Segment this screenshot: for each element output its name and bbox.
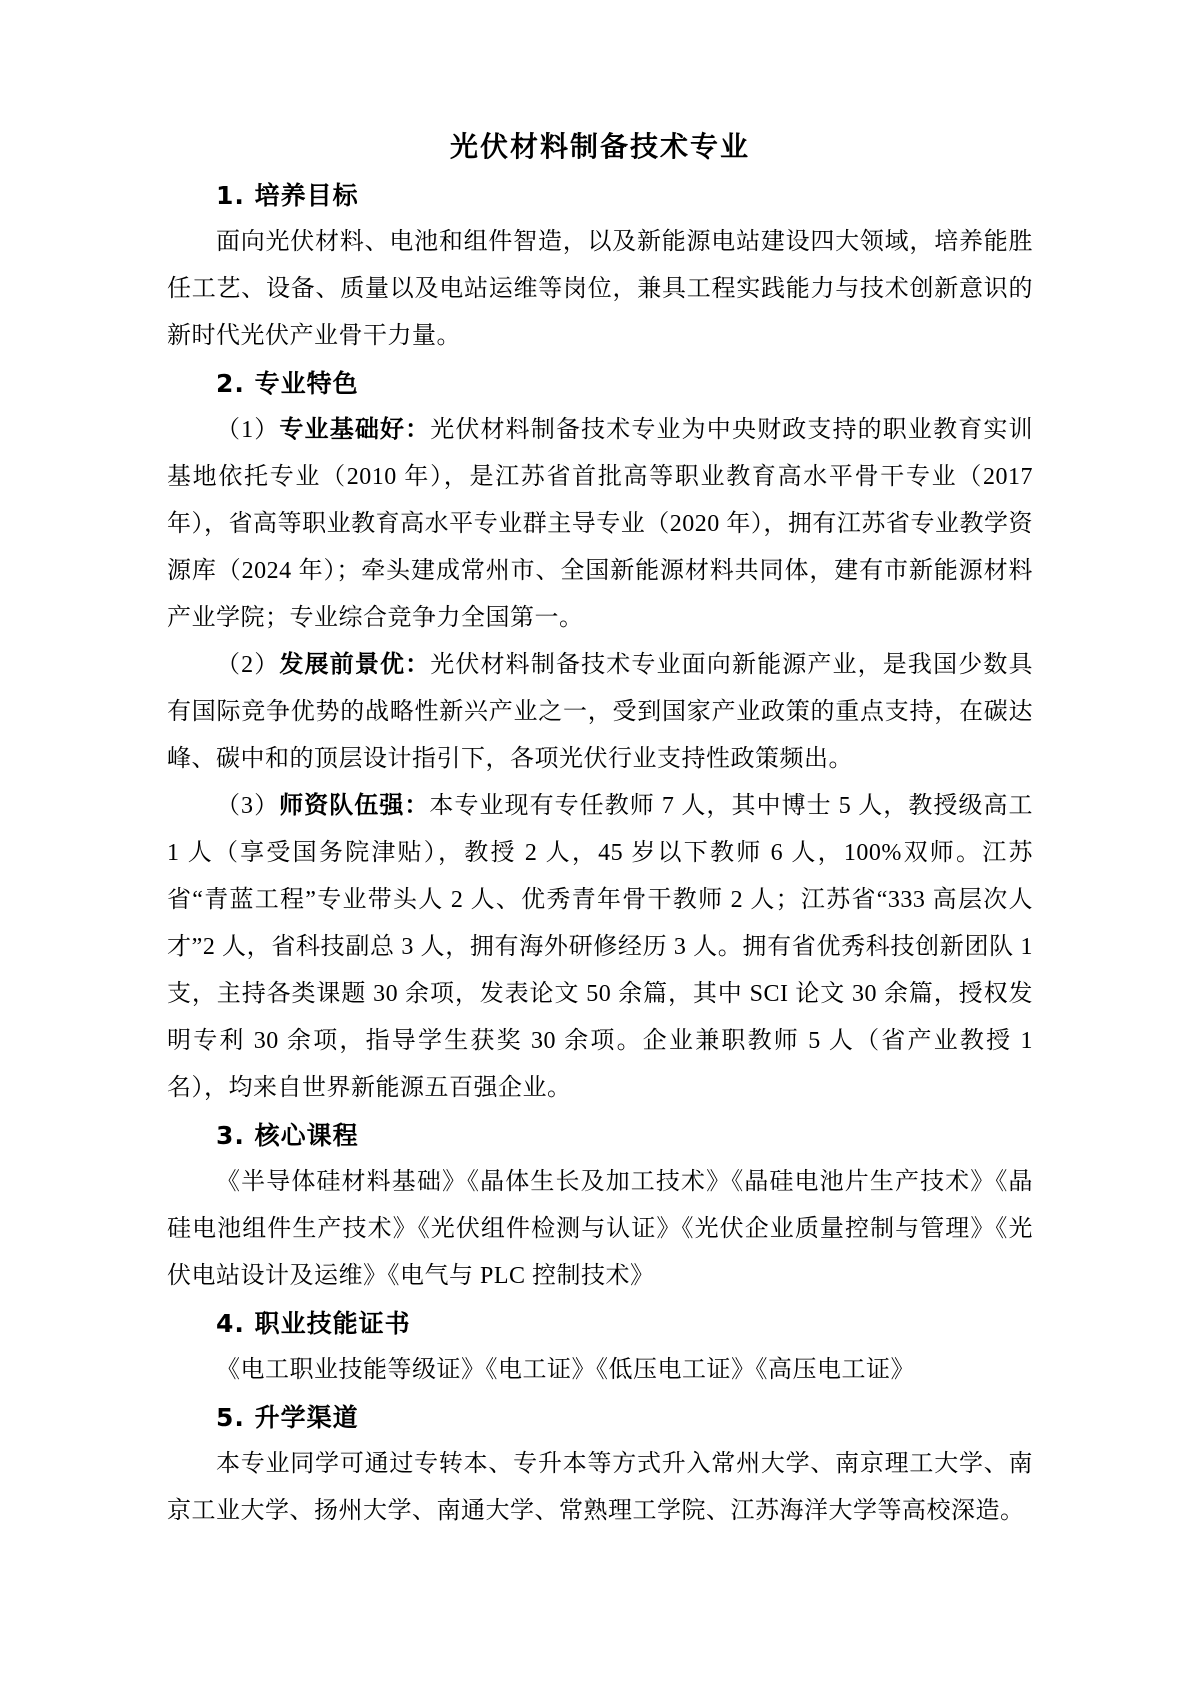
feature-item-3: （3）师资队伍强：本专业现有专任教师 7 人，其中博士 5 人，教授级高工 1 …	[167, 783, 1033, 1112]
feature-item-2-number: （2）	[216, 652, 279, 678]
section-heading-core-courses: 3. 核心课程	[167, 1112, 1033, 1159]
document-title: 光伏材料制备技术专业	[167, 122, 1033, 172]
feature-item-1-text: 光伏材料制备技术专业为中央财政支持的职业教育实训基地依托专业（2010 年），是…	[167, 417, 1033, 631]
feature-item-1-number: （1）	[216, 417, 279, 443]
training-objectives-paragraph: 面向光伏材料、电池和组件智造，以及新能源电站建设四大领域，培养能胜任工艺、设备、…	[167, 219, 1033, 360]
feature-item-1-label: 专业基础好：	[279, 417, 430, 443]
feature-item-3-text: 本专业现有专任教师 7 人，其中博士 5 人，教授级高工 1 人（享受国务院津贴…	[167, 793, 1033, 1101]
feature-item-1: （1）专业基础好：光伏材料制备技术专业为中央财政支持的职业教育实训基地依托专业（…	[167, 407, 1033, 642]
certificates-paragraph: 《电工职业技能等级证》《电工证》《低压电工证》《高压电工证》	[167, 1347, 1033, 1394]
feature-item-3-number: （3）	[216, 793, 279, 819]
further-education-paragraph: 本专业同学可通过专转本、专升本等方式升入常州大学、南京理工大学、南京工业大学、扬…	[167, 1441, 1033, 1535]
section-heading-vocational-certificates: 4. 职业技能证书	[167, 1300, 1033, 1347]
section-heading-training-objectives: 1. 培养目标	[167, 172, 1033, 219]
feature-item-3-label: 师资队伍强：	[279, 793, 429, 819]
core-courses-paragraph: 《半导体硅材料基础》《晶体生长及加工技术》《晶硅电池片生产技术》《晶硅电池组件生…	[167, 1159, 1033, 1300]
document-page: 光伏材料制备技术专业 1. 培养目标 面向光伏材料、电池和组件智造，以及新能源电…	[0, 0, 1191, 1684]
feature-item-2-label: 发展前景优：	[279, 652, 430, 678]
section-heading-major-features: 2. 专业特色	[167, 360, 1033, 407]
section-heading-further-education: 5. 升学渠道	[167, 1394, 1033, 1441]
feature-item-2: （2）发展前景优：光伏材料制备技术专业面向新能源产业，是我国少数具有国际竞争优势…	[167, 642, 1033, 783]
